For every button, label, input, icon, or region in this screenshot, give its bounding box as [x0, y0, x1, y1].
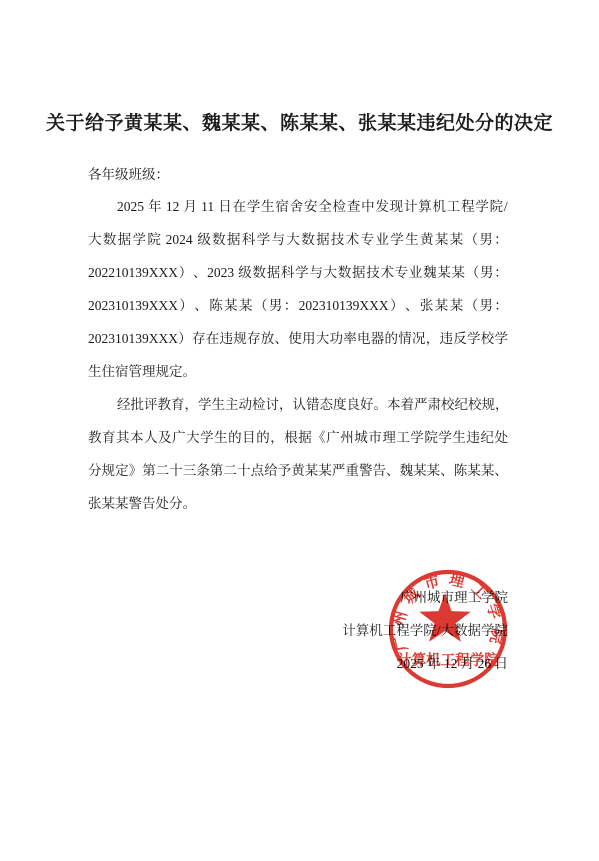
text-line: 大数据学院 2024 级数据科学与大数据技术专业学生黄某某（男： — [88, 223, 508, 256]
text-line: 生住宿管理规定。 — [88, 355, 508, 388]
text-line: 202310139XXX）、陈某某（男：202310139XXX）、张某某（男： — [88, 289, 508, 322]
paragraph-2: 经批评教育，学生主动检讨，认错态度良好。本着严肃校纪校规， 教育其本人及广大学生… — [88, 388, 508, 520]
text-line: 经批评教育，学生主动检讨，认错态度良好。本着严肃校纪校规， — [88, 388, 508, 421]
signature-department: 计算机工程学院/大数据学院 — [88, 614, 508, 647]
text-line: 教育其本人及广大学生的目的，根据《广州城市理工学院学生违纪处 — [88, 421, 508, 454]
signature-org: 广州城市理工学院 — [88, 581, 508, 614]
signature-date: 2025 年 12 月 26 日 — [88, 647, 508, 680]
paragraph-1: 2025 年 12 月 11 日在学生宿舍安全检查中发现计算机工程学院/ 大数据… — [88, 190, 508, 388]
text-line: 202310139XXX）存在违规存放、使用大功率电器的情况，违反学校学 — [88, 322, 508, 355]
text-line: 分规定》第二十三条第二十点给予黄某某严重警告、魏某某、陈某某、 — [88, 454, 508, 487]
text-line: 202210139XXX）、2023 级数据科学与大数据技术专业魏某某（男： — [88, 256, 508, 289]
salutation-line: 各年级班级： — [88, 158, 169, 191]
text-line: 2025 年 12 月 11 日在学生宿舍安全检查中发现计算机工程学院/ — [88, 190, 508, 223]
document-page: 关于给予黄某某、魏某某、陈某某、张某某违纪处分的决定 各年级班级： 2025 年… — [0, 0, 599, 861]
signature-block: 广州城市理工学院 计算机工程学院/大数据学院 2025 年 12 月 26 日 — [88, 581, 508, 680]
document-title: 关于给予黄某某、魏某某、陈某某、张某某违纪处分的决定 — [0, 109, 599, 139]
text-line: 张某某警告处分。 — [88, 487, 508, 520]
